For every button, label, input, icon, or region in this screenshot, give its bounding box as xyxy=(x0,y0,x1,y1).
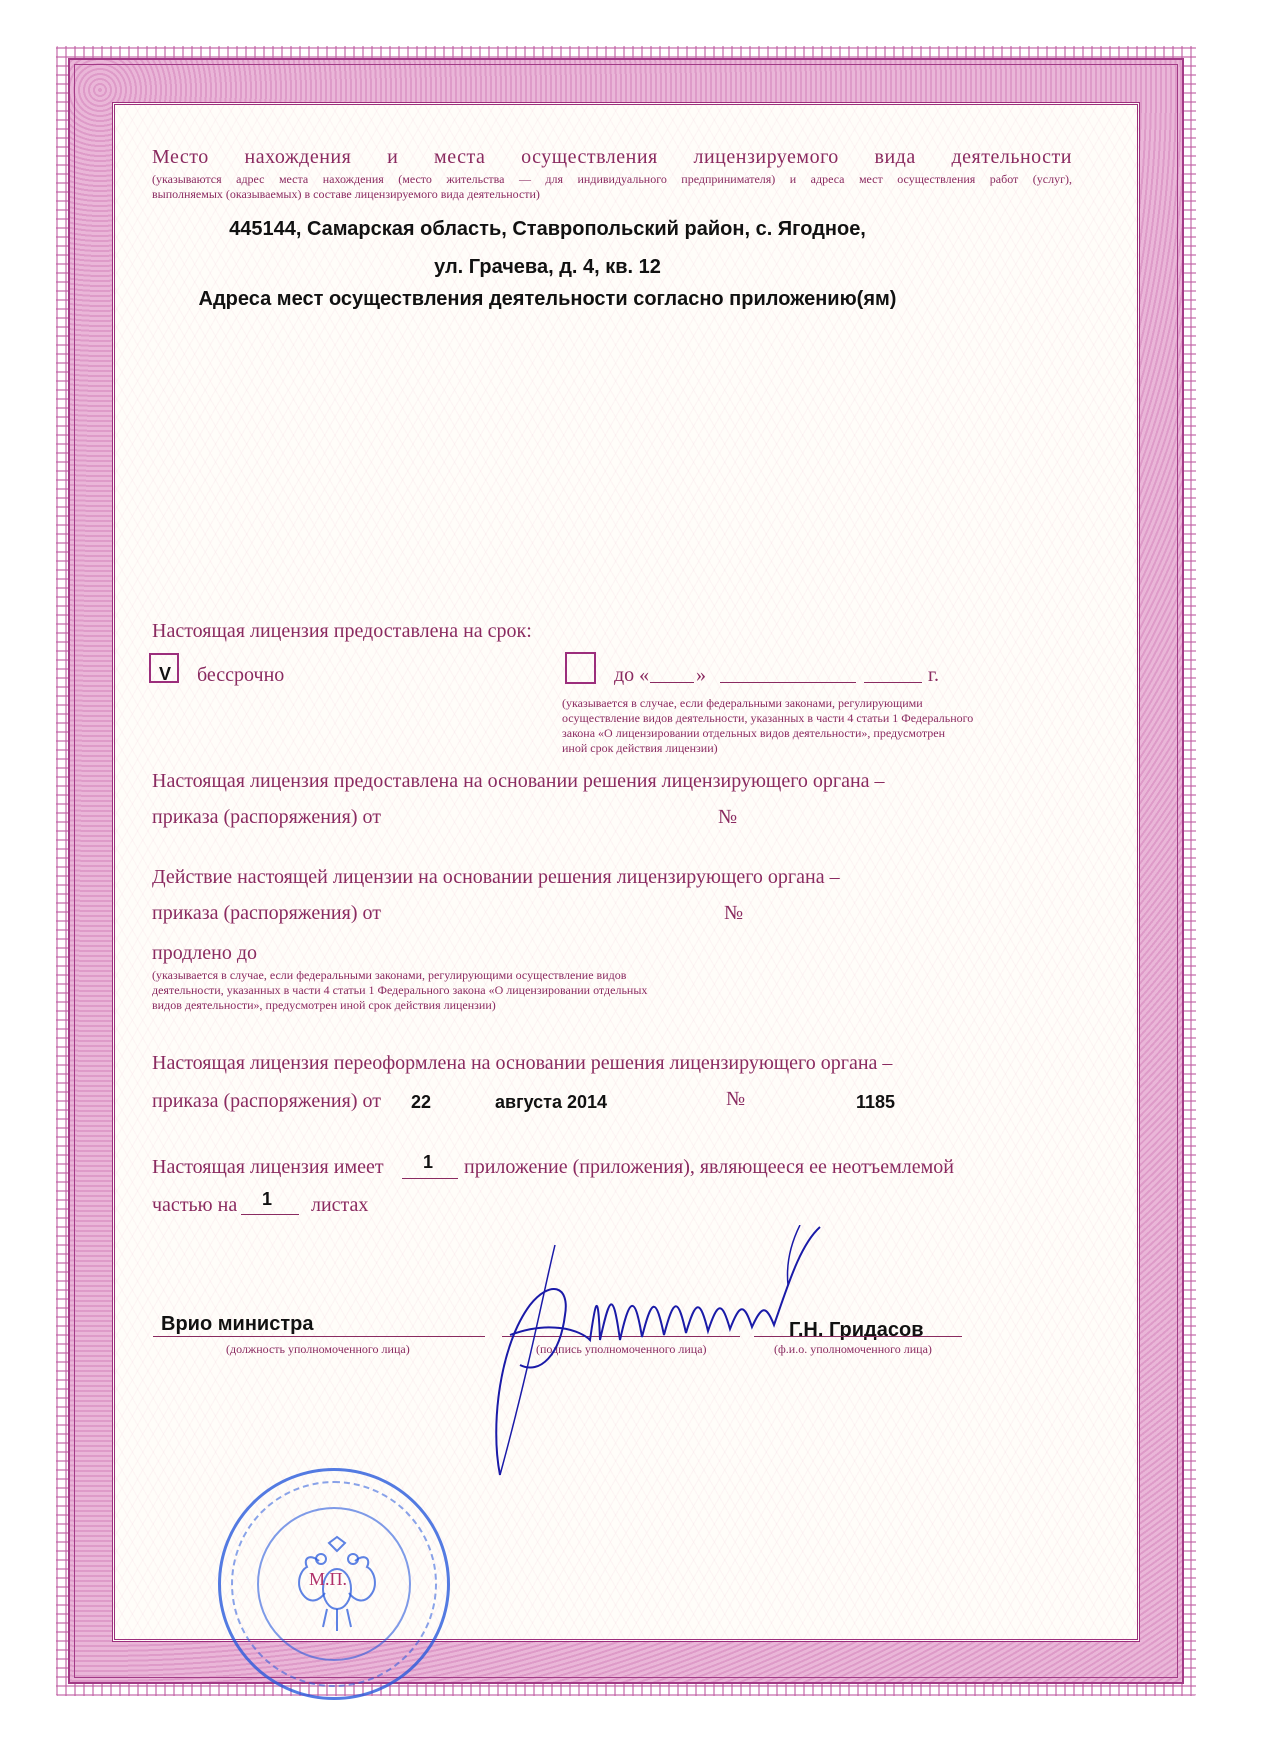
term-unlimited-label: бессрочно xyxy=(197,664,284,687)
term-year-field[interactable] xyxy=(864,682,922,683)
handwritten-signature-icon xyxy=(470,1225,910,1485)
checkmark-icon: V xyxy=(159,664,171,685)
address-line2: ул. Грачева, д. 4, кв. 12 xyxy=(0,256,1095,279)
appendix-count: 1 xyxy=(423,1152,433,1173)
term-until-suffix: г. xyxy=(928,664,939,687)
location-note-line2: выполняемых (оказываемых) в составе лице… xyxy=(152,186,540,202)
extended-note-line1: (указывается в случае, если федеральными… xyxy=(152,967,626,983)
appendix-prefix: Настоящая лицензия имеет xyxy=(152,1156,384,1179)
reissued-number-sign: № xyxy=(726,1088,745,1111)
sheets-prefix: частью на xyxy=(152,1194,237,1217)
sheets-suffix: листах xyxy=(311,1194,368,1217)
term-note-line1: (указывается в случае, если федеральными… xyxy=(562,695,923,711)
address-line3: Адреса мест осуществления деятельности с… xyxy=(0,288,1095,311)
extended-until-label: продлено до xyxy=(152,942,257,965)
position-line xyxy=(153,1336,485,1337)
granted-number-sign: № xyxy=(718,806,737,829)
sheets-count: 1 xyxy=(262,1189,272,1210)
term-month-field[interactable] xyxy=(720,682,856,683)
term-note-line2: осуществление видов деятельности, указан… xyxy=(562,710,973,726)
term-day-field[interactable] xyxy=(650,682,694,683)
reissued-number: 1185 xyxy=(856,1092,895,1113)
official-stamp: М.П. xyxy=(218,1468,450,1700)
reissued-day: 22 xyxy=(411,1092,431,1113)
term-note-line4: иной срок действия лицензии) xyxy=(562,740,718,756)
signatory-position: Врио министра xyxy=(161,1313,313,1336)
location-note-line1: (указываются адрес места нахождения (мес… xyxy=(152,171,1072,187)
position-caption: (должность уполномоченного лица) xyxy=(226,1341,410,1357)
extended-number-sign: № xyxy=(724,902,743,925)
address-line1: 445144, Самарская область, Ставропольски… xyxy=(0,218,1095,241)
location-heading: Место нахождения и места осуществления л… xyxy=(152,146,1072,169)
extended-note-line2: деятельности, указанных в части 4 статьи… xyxy=(152,982,647,998)
granted-basis-line2: приказа (распоряжения) от xyxy=(152,806,381,829)
appendix-suffix: приложение (приложения), являющееся ее н… xyxy=(464,1156,954,1179)
extended-basis-line1: Действие настоящей лицензии на основании… xyxy=(152,866,840,889)
extended-note-line3: видов деятельности», предусмотрен иной с… xyxy=(152,997,496,1013)
stamp-placeholder-label: М.П. xyxy=(309,1569,347,1590)
extended-basis-line2: приказа (распоряжения) от xyxy=(152,902,381,925)
reissued-basis-line2: приказа (распоряжения) от xyxy=(152,1090,381,1113)
granted-basis-line1: Настоящая лицензия предоставлена на осно… xyxy=(152,770,885,793)
reissued-basis-line1: Настоящая лицензия переоформлена на осно… xyxy=(152,1052,892,1075)
term-note-line3: закона «О лицензировании отдельных видов… xyxy=(562,725,945,741)
double-headed-eagle-icon xyxy=(283,1531,391,1639)
term-until-prefix: до « xyxy=(614,664,649,687)
appendix-count-field xyxy=(402,1178,458,1179)
term-until-checkbox[interactable] xyxy=(565,652,596,684)
term-until-mid: » xyxy=(696,664,706,687)
term-unlimited-checkbox[interactable]: V xyxy=(149,653,179,683)
sheets-count-field xyxy=(241,1214,299,1215)
reissued-month-year: августа 2014 xyxy=(495,1092,607,1113)
term-heading: Настоящая лицензия предоставлена на срок… xyxy=(152,620,532,643)
